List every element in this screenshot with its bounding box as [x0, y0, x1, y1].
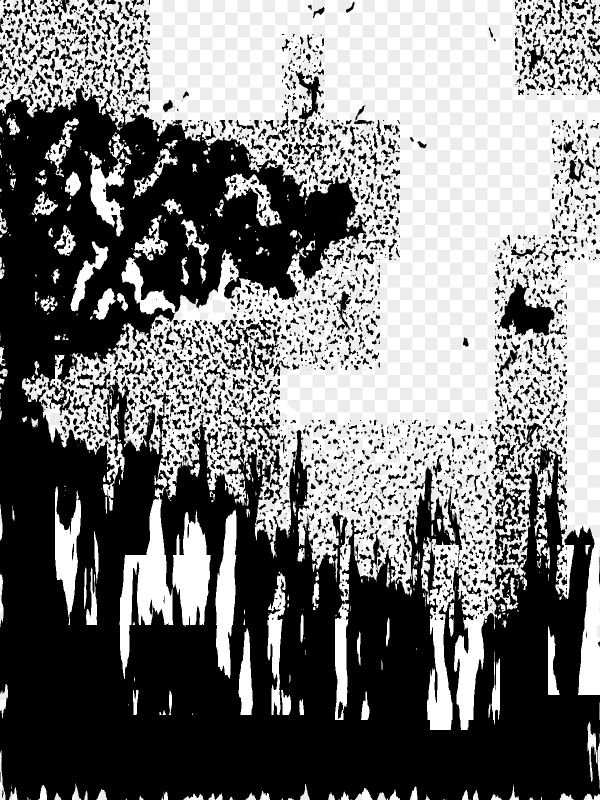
image-stage	[0, 0, 600, 800]
grunge-texture-svg	[0, 0, 600, 800]
black-speckle-field	[0, 0, 600, 800]
right-speckle-band	[495, 235, 567, 630]
boundary-fringe-band	[240, 420, 520, 620]
